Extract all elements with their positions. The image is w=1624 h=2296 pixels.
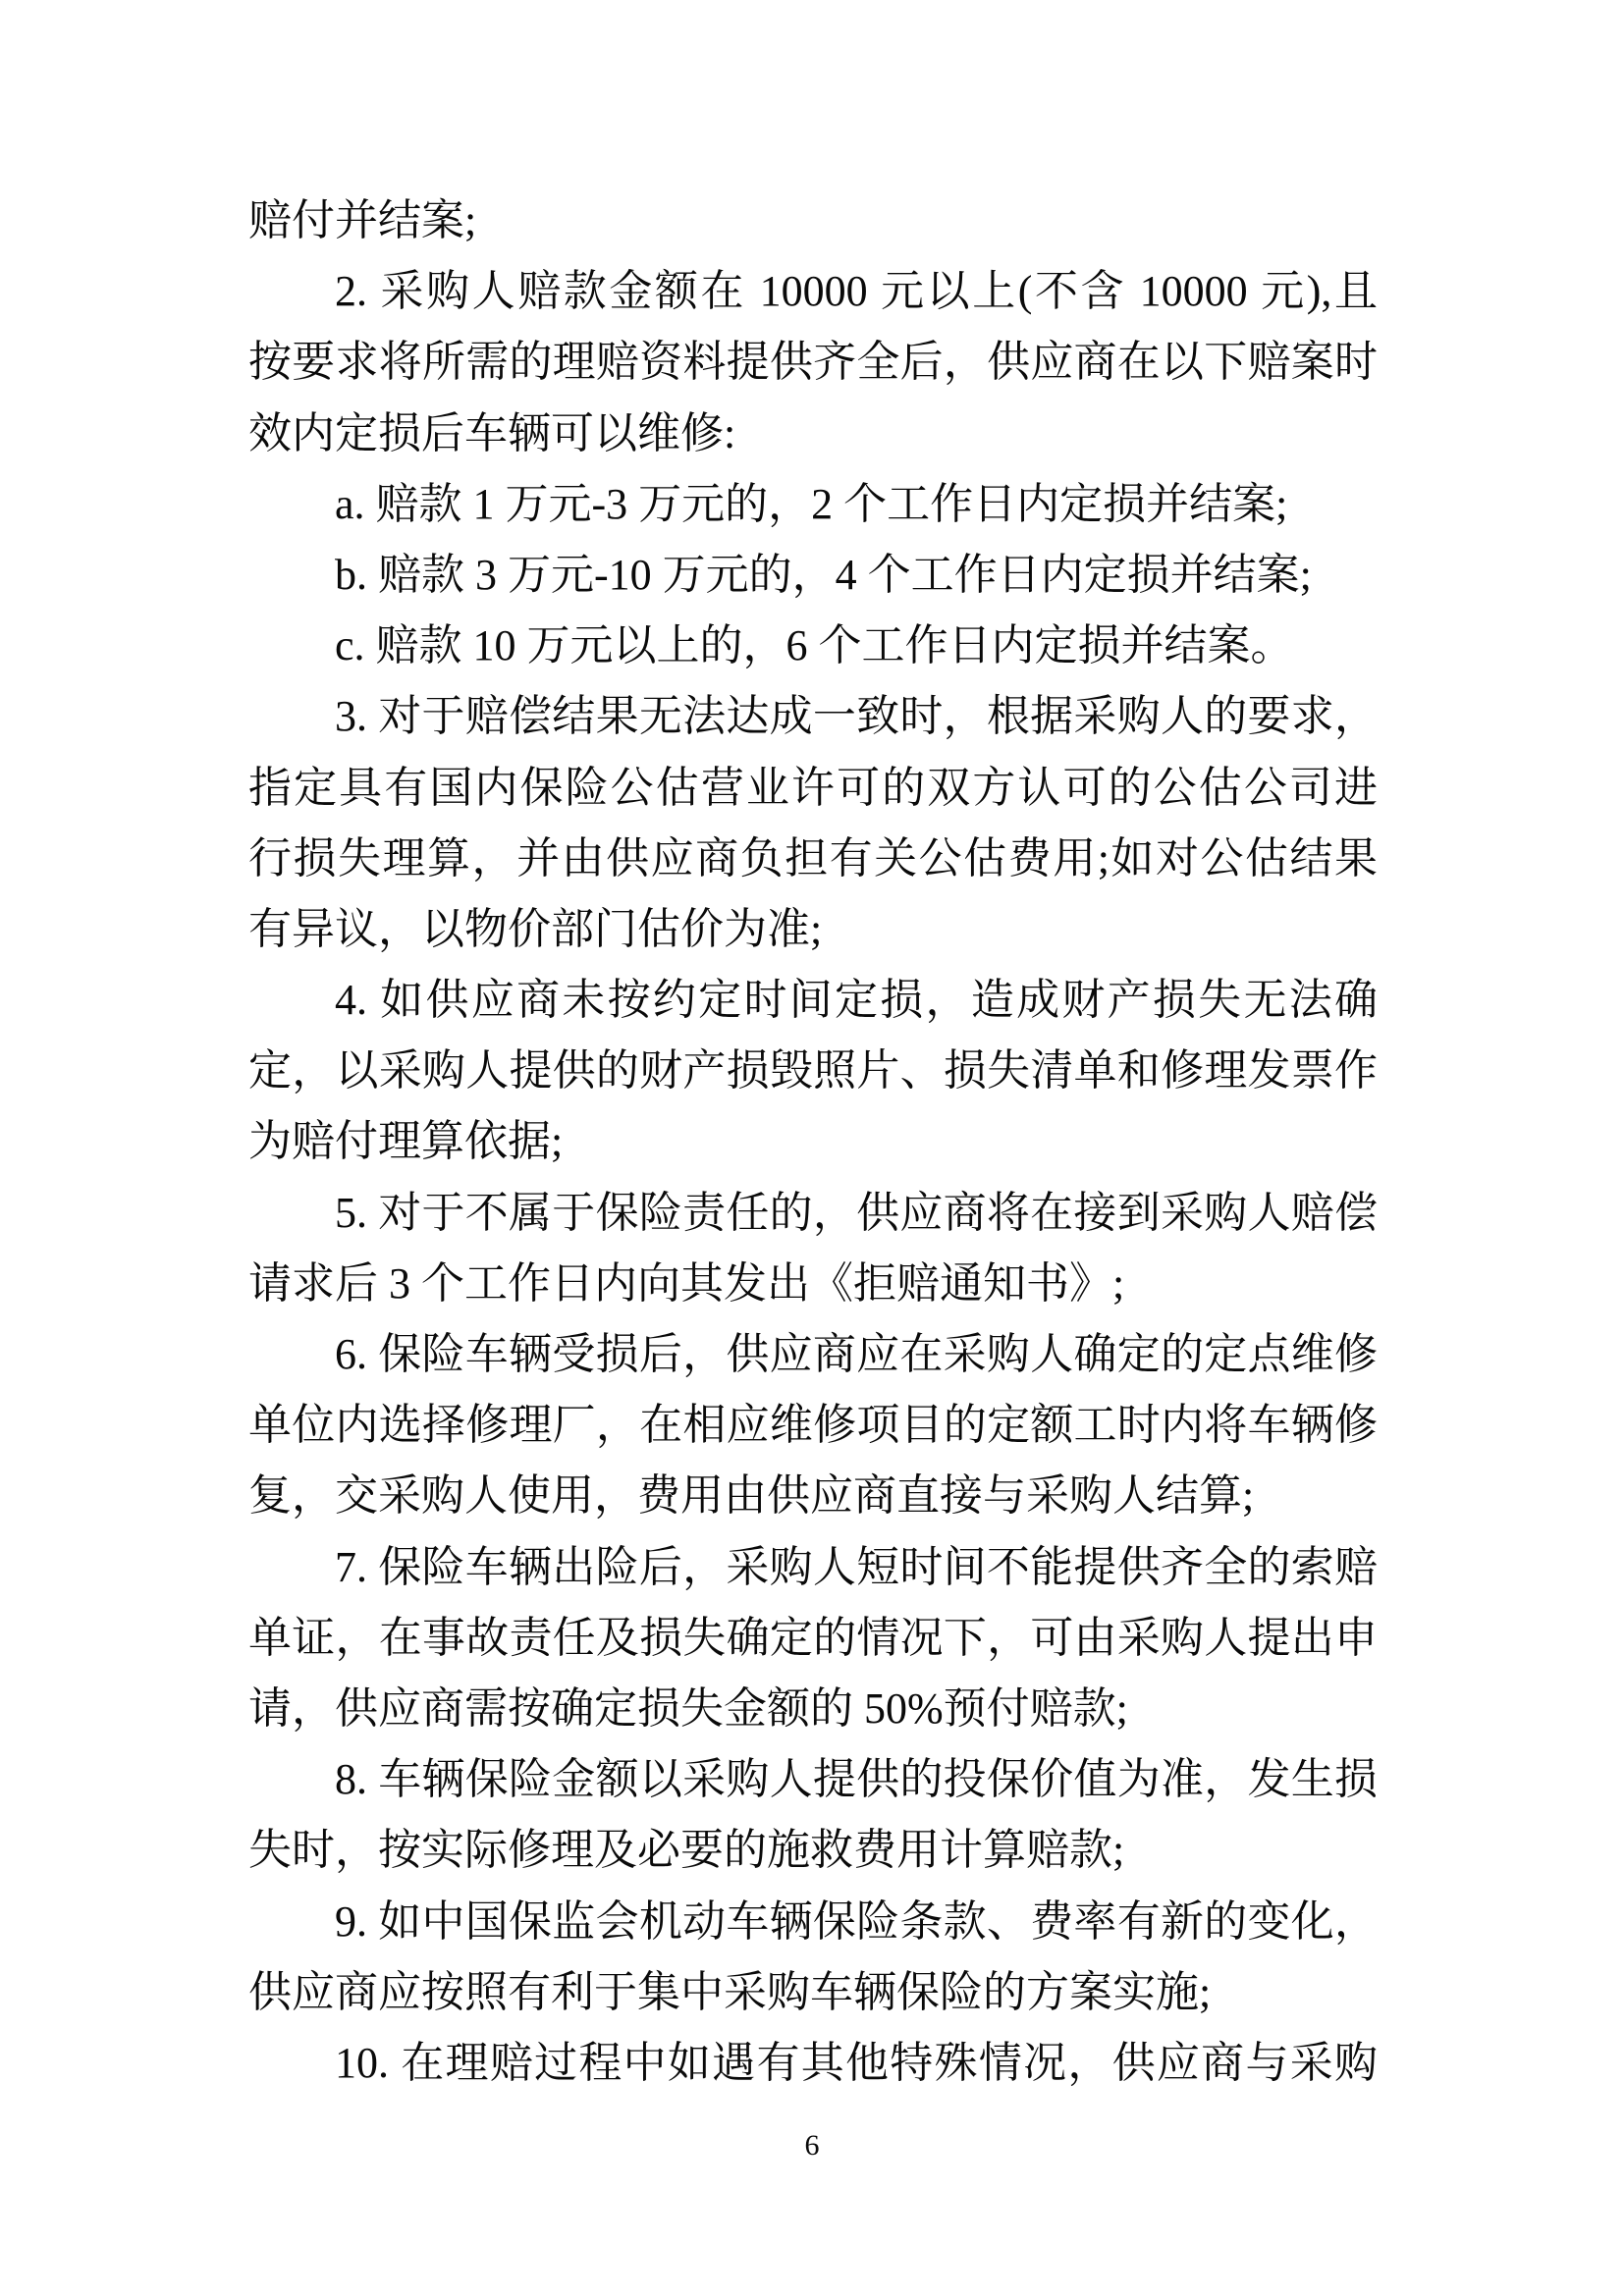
text-line: 定，以采购人提供的财产损毁照片、损失清单和修理发票作 [248, 1036, 1378, 1106]
text-line: b. 赔款 3 万元-10 万元的，4 个工作日内定损并结案; [248, 540, 1378, 611]
text-line: 效内定损后车辆可以维修: [248, 399, 1378, 469]
text-line: c. 赔款 10 万元以上的，6 个工作日内定损并结案。 [248, 611, 1378, 681]
text-line: 4. 如供应商未按约定时间定损，造成财产损失无法确 [248, 965, 1378, 1036]
text-line: 请，供应商需按确定损失金额的 50%预付赔款; [248, 1674, 1378, 1744]
text-line: a. 赔款 1 万元-3 万元的，2 个工作日内定损并结案; [248, 469, 1378, 540]
text-line: 6. 保险车辆受损后，供应商应在采购人确定的定点维修 [248, 1319, 1378, 1390]
text-line: 为赔付理算依据; [248, 1106, 1378, 1177]
document-page: 赔付并结案;2. 采购人赔款金额在 10000 元以上(不含 10000 元),… [0, 0, 1624, 2296]
text-line: 9. 如中国保监会机动车辆保险条款、费率有新的变化， [248, 1887, 1378, 1957]
text-line: 单证，在事故责任及损失确定的情况下，可由采购人提出申 [248, 1603, 1378, 1674]
page-number: 6 [0, 2128, 1624, 2163]
text-line: 指定具有国内保险公估营业许可的双方认可的公估公司进 [248, 753, 1378, 824]
text-line: 赔付并结案; [248, 186, 1378, 256]
text-line: 行损失理算，并由供应商负担有关公估费用;如对公估结果 [248, 824, 1378, 894]
text-block: 赔付并结案;2. 采购人赔款金额在 10000 元以上(不含 10000 元),… [248, 186, 1378, 2099]
text-line: 有异议，以物价部门估价为准; [248, 894, 1378, 965]
text-line: 单位内选择修理厂，在相应维修项目的定额工时内将车辆修 [248, 1390, 1378, 1461]
text-line: 10. 在理赔过程中如遇有其他特殊情况，供应商与采购 [248, 2028, 1378, 2099]
text-line: 2. 采购人赔款金额在 10000 元以上(不含 10000 元),且 [248, 256, 1378, 327]
text-line: 供应商应按照有利于集中采购车辆保险的方案实施; [248, 1957, 1378, 2028]
text-line: 7. 保险车辆出险后，采购人短时间不能提供齐全的索赔 [248, 1532, 1378, 1603]
text-line: 5. 对于不属于保险责任的，供应商将在接到采购人赔偿 [248, 1178, 1378, 1249]
text-line: 请求后 3 个工作日内向其发出《拒赔通知书》; [248, 1249, 1378, 1319]
text-line: 复，交采购人使用，费用由供应商直接与采购人结算; [248, 1461, 1378, 1531]
text-line: 3. 对于赔偿结果无法达成一致时，根据采购人的要求， [248, 681, 1378, 752]
text-line: 8. 车辆保险金额以采购人提供的投保价值为准，发生损 [248, 1744, 1378, 1815]
text-line: 按要求将所需的理赔资料提供齐全后，供应商在以下赔案时 [248, 327, 1378, 398]
text-line: 失时，按实际修理及必要的施救费用计算赔款; [248, 1815, 1378, 1886]
